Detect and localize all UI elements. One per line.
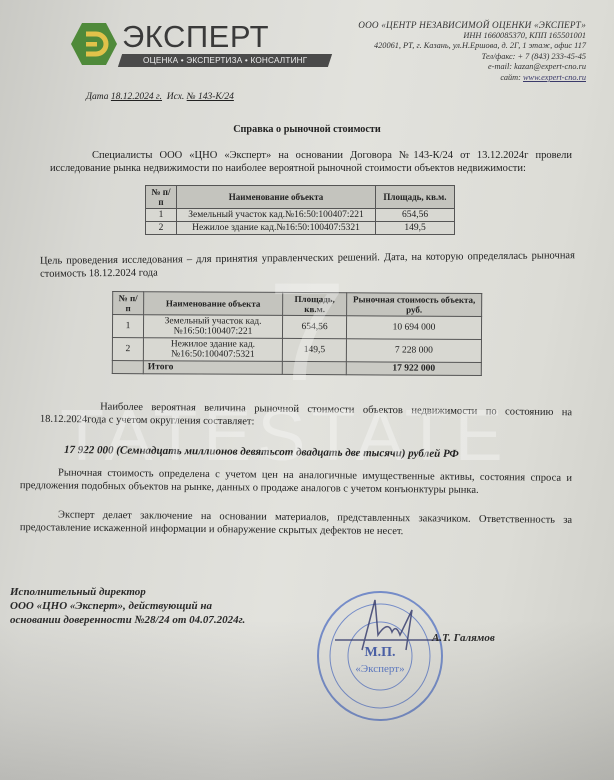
org-site: сайт: www.expert-cno.ru [316,73,586,84]
brand-tagline: ОЦЕНКА • ЭКСПЕРТИЗА • КОНСАЛТИНГ [118,54,332,67]
signature-block: Исполнительный директор ООО «ЦНО «Экспер… [10,585,245,627]
org-details: ООО «ЦЕНТР НЕЗАВИСИМОЙ ОЦЕНКИ «ЭКСПЕРТ» … [316,20,586,84]
table-row: 2Нежилое здание кад.№16:50:100407:532114… [112,338,481,363]
org-name: ООО «ЦЕНТР НЕЗАВИСИМОЙ ОЦЕНКИ «ЭКСПЕРТ» [316,20,586,31]
valuation-table: № п/п Наименование объекта Площадь, кв.м… [112,291,482,376]
table-row: 2Нежилое здание кад.№16:50:100407:532114… [146,222,455,235]
org-site-link[interactable]: www.expert-cno.ru [523,73,586,82]
org-phone: Тел/факс: + 7 (843) 233-45-45 [316,52,586,63]
company-stamp-icon: М.П. «Эксперт» [300,580,460,730]
table-row: 1Земельный участок кад.№16:50:100407:221… [112,315,481,340]
total-row: Итого17 922 000 [112,361,481,376]
intro-paragraph: Специалисты ООО «ЦНО «Эксперт» на основа… [50,150,572,175]
document-page: ЭКСПЕРТ ОЦЕНКА • ЭКСПЕРТИЗА • КОНСАЛТИНГ… [0,0,614,780]
org-email: e-mail: kazan@expert-cno.ru [316,62,586,73]
table-row: 1Земельный участок кад.№16:50:100407:221… [146,209,455,222]
purpose-paragraph: Цель проведения исследования – для приня… [40,250,575,281]
org-address: 420061, РТ, г. Казань, ул.Н.Ершова, д. 2… [316,41,586,52]
doc-reference: Дата 18.12.2024 г. Исх. № 143-К/24 [86,92,234,102]
svg-text:М.П.: М.П. [364,645,395,660]
doc-date: 18.12.2024 г. [111,92,162,102]
doc-number: № 143-К/24 [187,92,234,102]
doc-title: Справка о рыночной стоимости [0,124,614,135]
signer-name: А.Т. Галямов [432,632,495,644]
logo-hexagon-icon [70,22,118,66]
org-inn-kpp: ИНН 1660085370, КПП 165501001 [316,31,586,42]
method-paragraph: Рыночная стоимость определена с учетом ц… [20,467,572,498]
svg-text:«Эксперт»: «Эксперт» [355,663,404,675]
total-value-words: 17 922 000 (Семнадцать миллионов девятьс… [64,444,459,460]
disclaimer-paragraph: Эксперт делает заключение на основании м… [20,509,572,540]
conclusion-paragraph: Наиболее вероятная величина рыночной сто… [40,401,572,432]
objects-table: № п/п Наименование объекта Площадь, кв.м… [145,185,455,235]
brand-name: ЭКСПЕРТ [122,20,269,54]
company-logo: ЭКСПЕРТ ОЦЕНКА • ЭКСПЕРТИЗА • КОНСАЛТИНГ [70,20,330,70]
